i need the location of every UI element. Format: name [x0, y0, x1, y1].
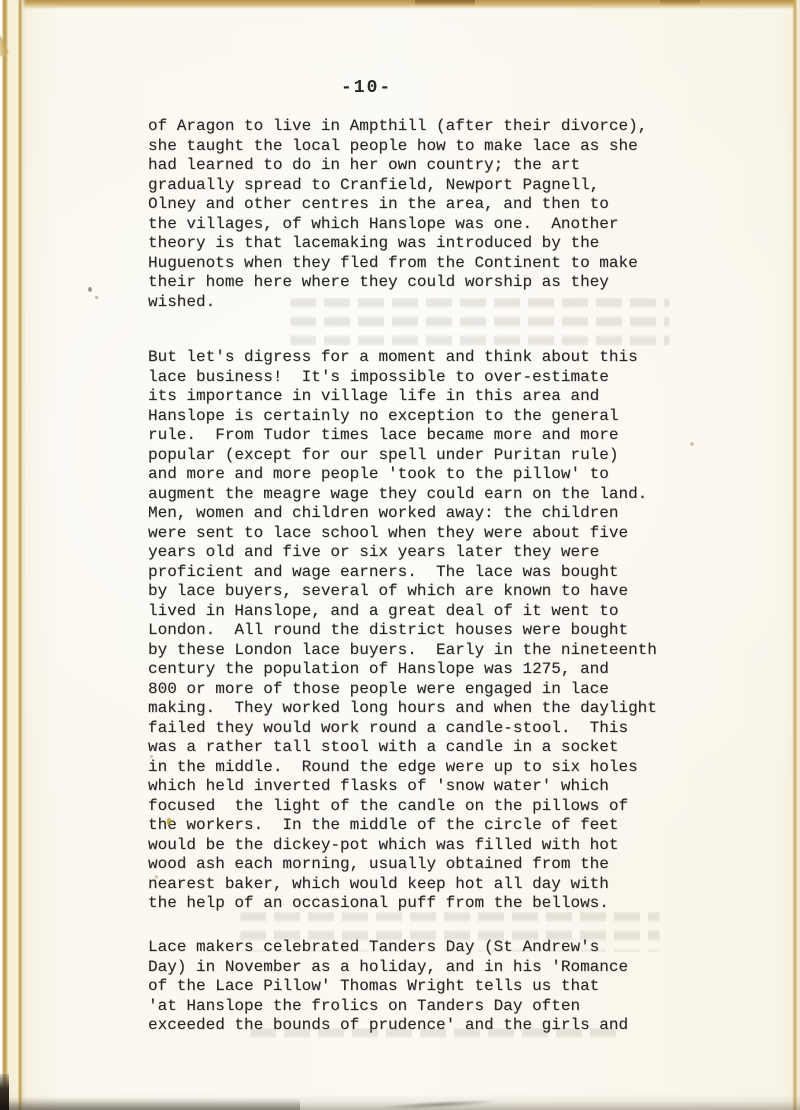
- paper-speck: [155, 875, 158, 879]
- page-right-edge: [792, 0, 800, 1110]
- top-edge-stain: [660, 0, 700, 6]
- paragraph-lacemaking-origins: of Aragon to live in Ampthill (after the…: [148, 117, 688, 312]
- page-number: -10-: [341, 78, 392, 98]
- bottom-left-dark-corner: [0, 1074, 9, 1110]
- paragraph-lace-business: But let's digress for a moment and think…: [148, 348, 688, 914]
- ink-bleedthrough: [240, 912, 660, 952]
- top-edge-stain: [415, 0, 475, 7]
- paper-speck: [150, 755, 153, 758]
- page-bottom-left-shadow: [0, 1098, 300, 1110]
- paper-speck: [95, 296, 98, 299]
- scanned-book-page: -10- of Aragon to live in Ampthill (afte…: [0, 0, 800, 1110]
- paper-speck: [88, 287, 92, 292]
- paragraph-tanders-day: Lace makers celebrated Tanders Day (St A…: [148, 938, 688, 1036]
- paper-speck: [690, 442, 694, 446]
- book-binding-page-edges: [0, 0, 26, 1110]
- ink-bleedthrough: [290, 298, 670, 346]
- paper-speck: [167, 818, 171, 825]
- ink-bleedthrough: [250, 1028, 620, 1046]
